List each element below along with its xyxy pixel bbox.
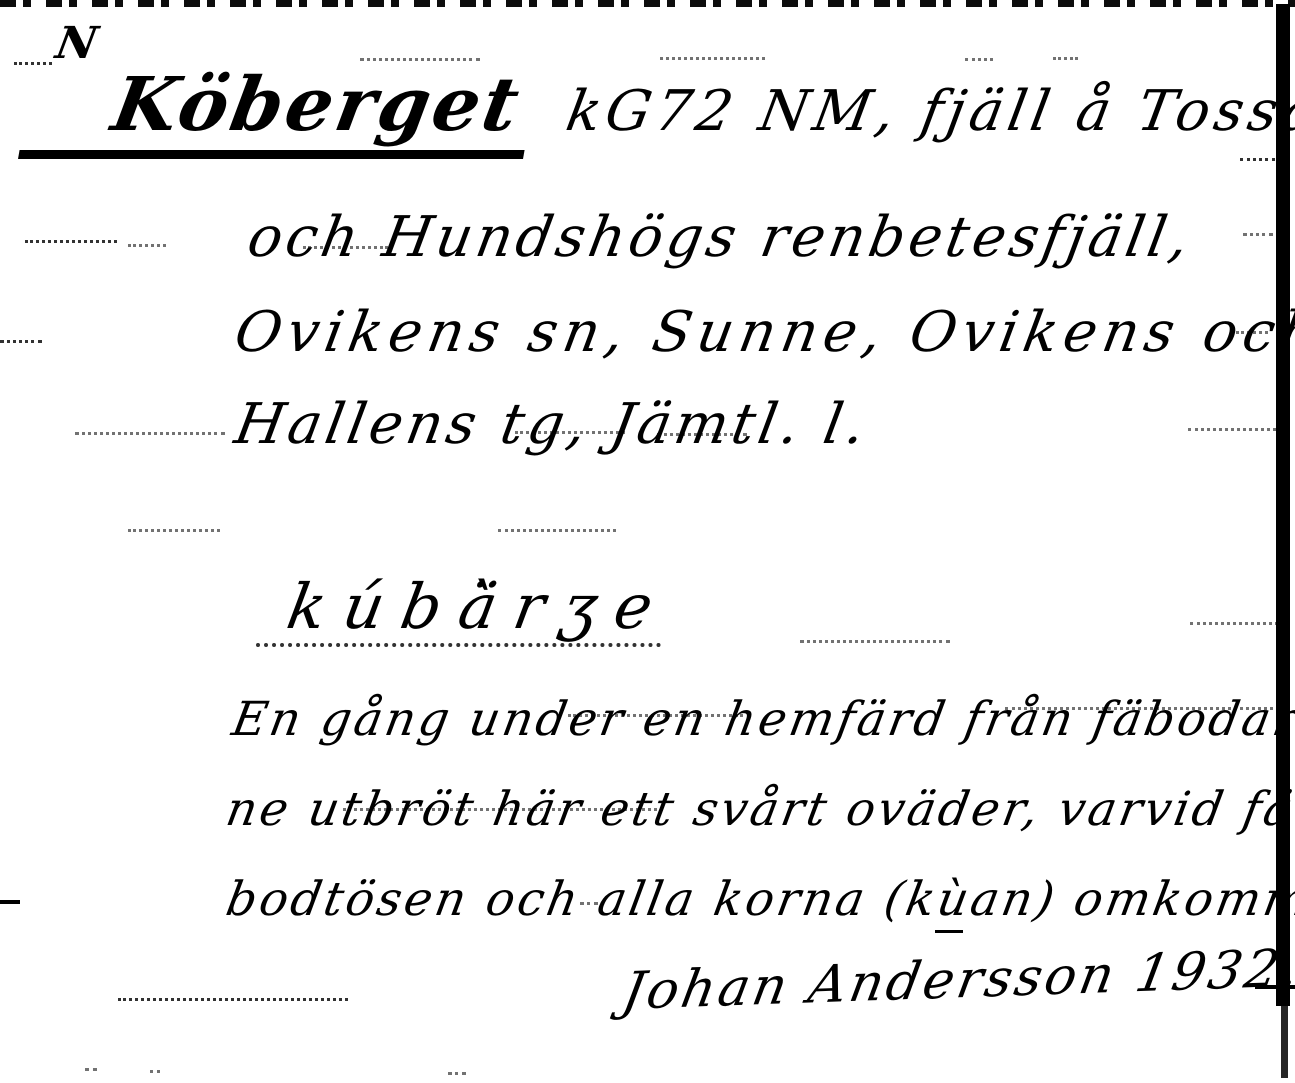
ruled-line-remnant — [150, 1070, 160, 1073]
ruled-line-remnant — [1243, 233, 1273, 236]
ruled-line-remnant — [1190, 622, 1290, 625]
phonetic-word-underline — [935, 930, 963, 933]
ruled-line-remnant — [0, 900, 20, 904]
ruled-line-remnant — [1053, 57, 1078, 60]
ruled-line-remnant — [498, 529, 616, 532]
location-line-2: Ovikens sn, Sunne, Ovikens och — [230, 300, 1295, 365]
map-reference-and-feature: kG72 NM, fjäll å Tossås — [562, 79, 1295, 144]
ruled-line-remnant — [965, 58, 993, 61]
phonetic-transcription: kúbä̀rʒe — [282, 570, 676, 643]
ruled-line-remnant — [360, 58, 480, 61]
note-line-1: En gång under en hemfärd från fäbodar- — [228, 692, 1295, 747]
scanned-card: N KöbergetkG72 NM, fjäll å Tossås och Hu… — [0, 0, 1295, 1083]
ruled-line-remnant — [25, 240, 117, 243]
location-line-3: Hallens tg, Jämtl. l. — [230, 392, 874, 457]
location-line-1: och Hundshögs renbetesfjäll, — [243, 205, 1198, 270]
ruled-line-remnant — [128, 244, 166, 247]
header-line: KöbergetkG72 NM, fjäll å Tossås — [18, 62, 1295, 159]
ruled-line-remnant — [660, 57, 765, 60]
signature-line: Johan Andersson 1932. — [618, 939, 1295, 1022]
ruled-line-remnant — [128, 529, 220, 532]
headword: Köberget — [18, 62, 540, 159]
scan-artifact-top-edge — [0, 0, 1295, 7]
scan-artifact-right-edge-tail — [1281, 1006, 1288, 1078]
ruled-line-remnant — [118, 998, 348, 1001]
ruled-line-remnant — [1188, 428, 1288, 431]
ruled-line-remnant — [75, 432, 225, 435]
note-line-3: bodtösen och alla korna (kùan) omkommo. — [222, 872, 1295, 927]
ruled-line-remnant — [85, 1068, 97, 1071]
ruled-line-remnant — [0, 340, 42, 343]
ruled-line-remnant — [800, 640, 950, 643]
note-line-2: ne utbröt här ett svårt oväder, varvid f… — [222, 782, 1295, 837]
phonetic-underline-dashes — [256, 643, 661, 647]
ruled-line-remnant — [448, 1072, 466, 1075]
